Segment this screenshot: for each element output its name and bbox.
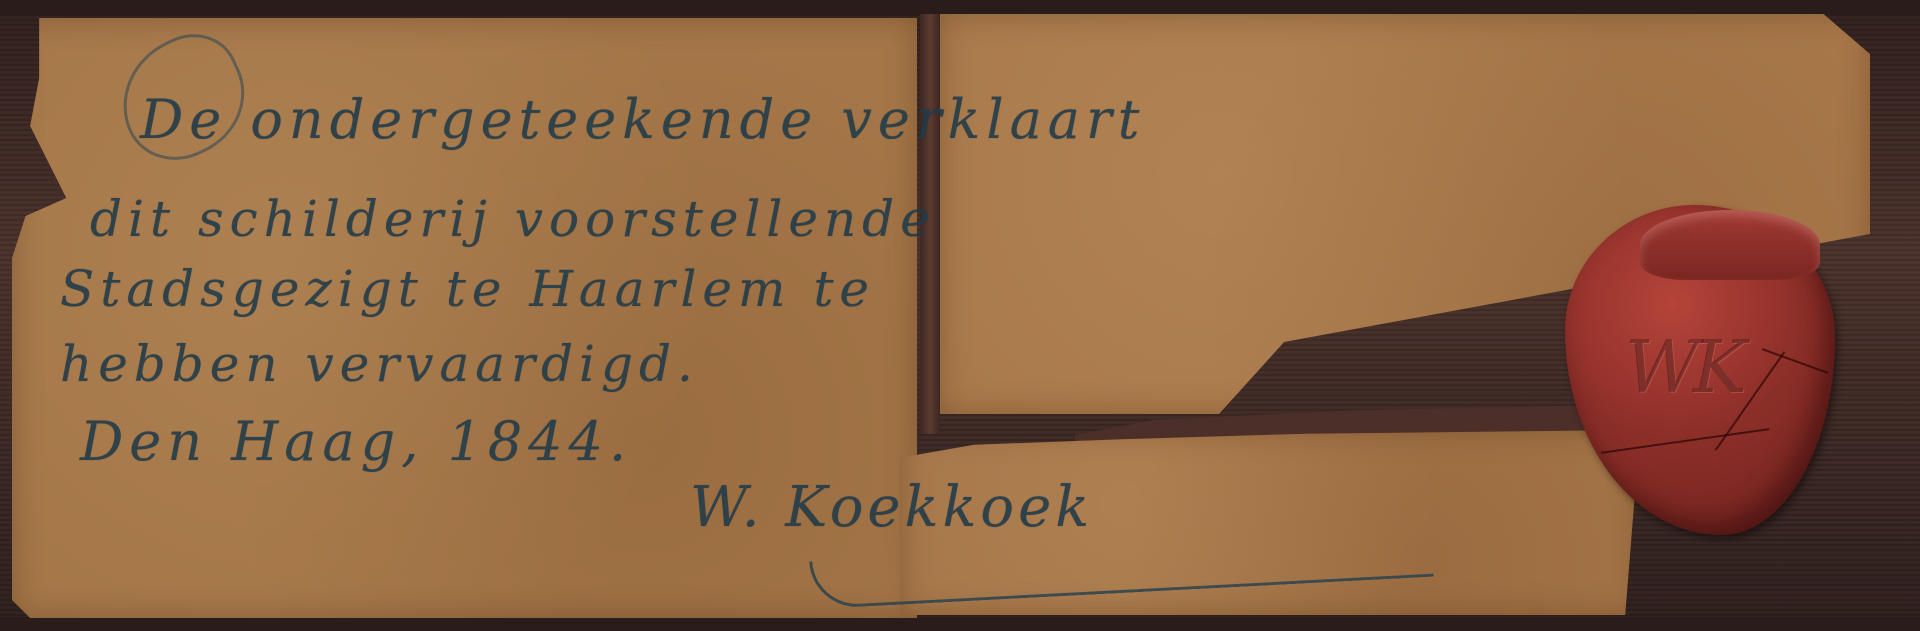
handwritten-line-2: dit schilderij voorstellende xyxy=(90,190,936,248)
wood-frame-bottom xyxy=(0,617,1920,631)
wax-seal-monogram: WK xyxy=(1625,325,1741,409)
handwritten-line-4: hebben vervaardigd. xyxy=(60,335,699,393)
handwritten-line-1: De ondergeteekende verklaart xyxy=(140,88,1146,151)
photograph: De ondergeteekende verklaart dit schilde… xyxy=(0,0,1920,631)
handwritten-date-line: Den Haag, 1844. xyxy=(80,410,632,473)
handwritten-line-3: Stadsgezigt te Haarlem te xyxy=(60,260,875,318)
wax-seal-rim xyxy=(1640,210,1820,280)
signature: W. Koekkoek xyxy=(690,475,1093,540)
wood-frame-top xyxy=(0,0,1920,14)
